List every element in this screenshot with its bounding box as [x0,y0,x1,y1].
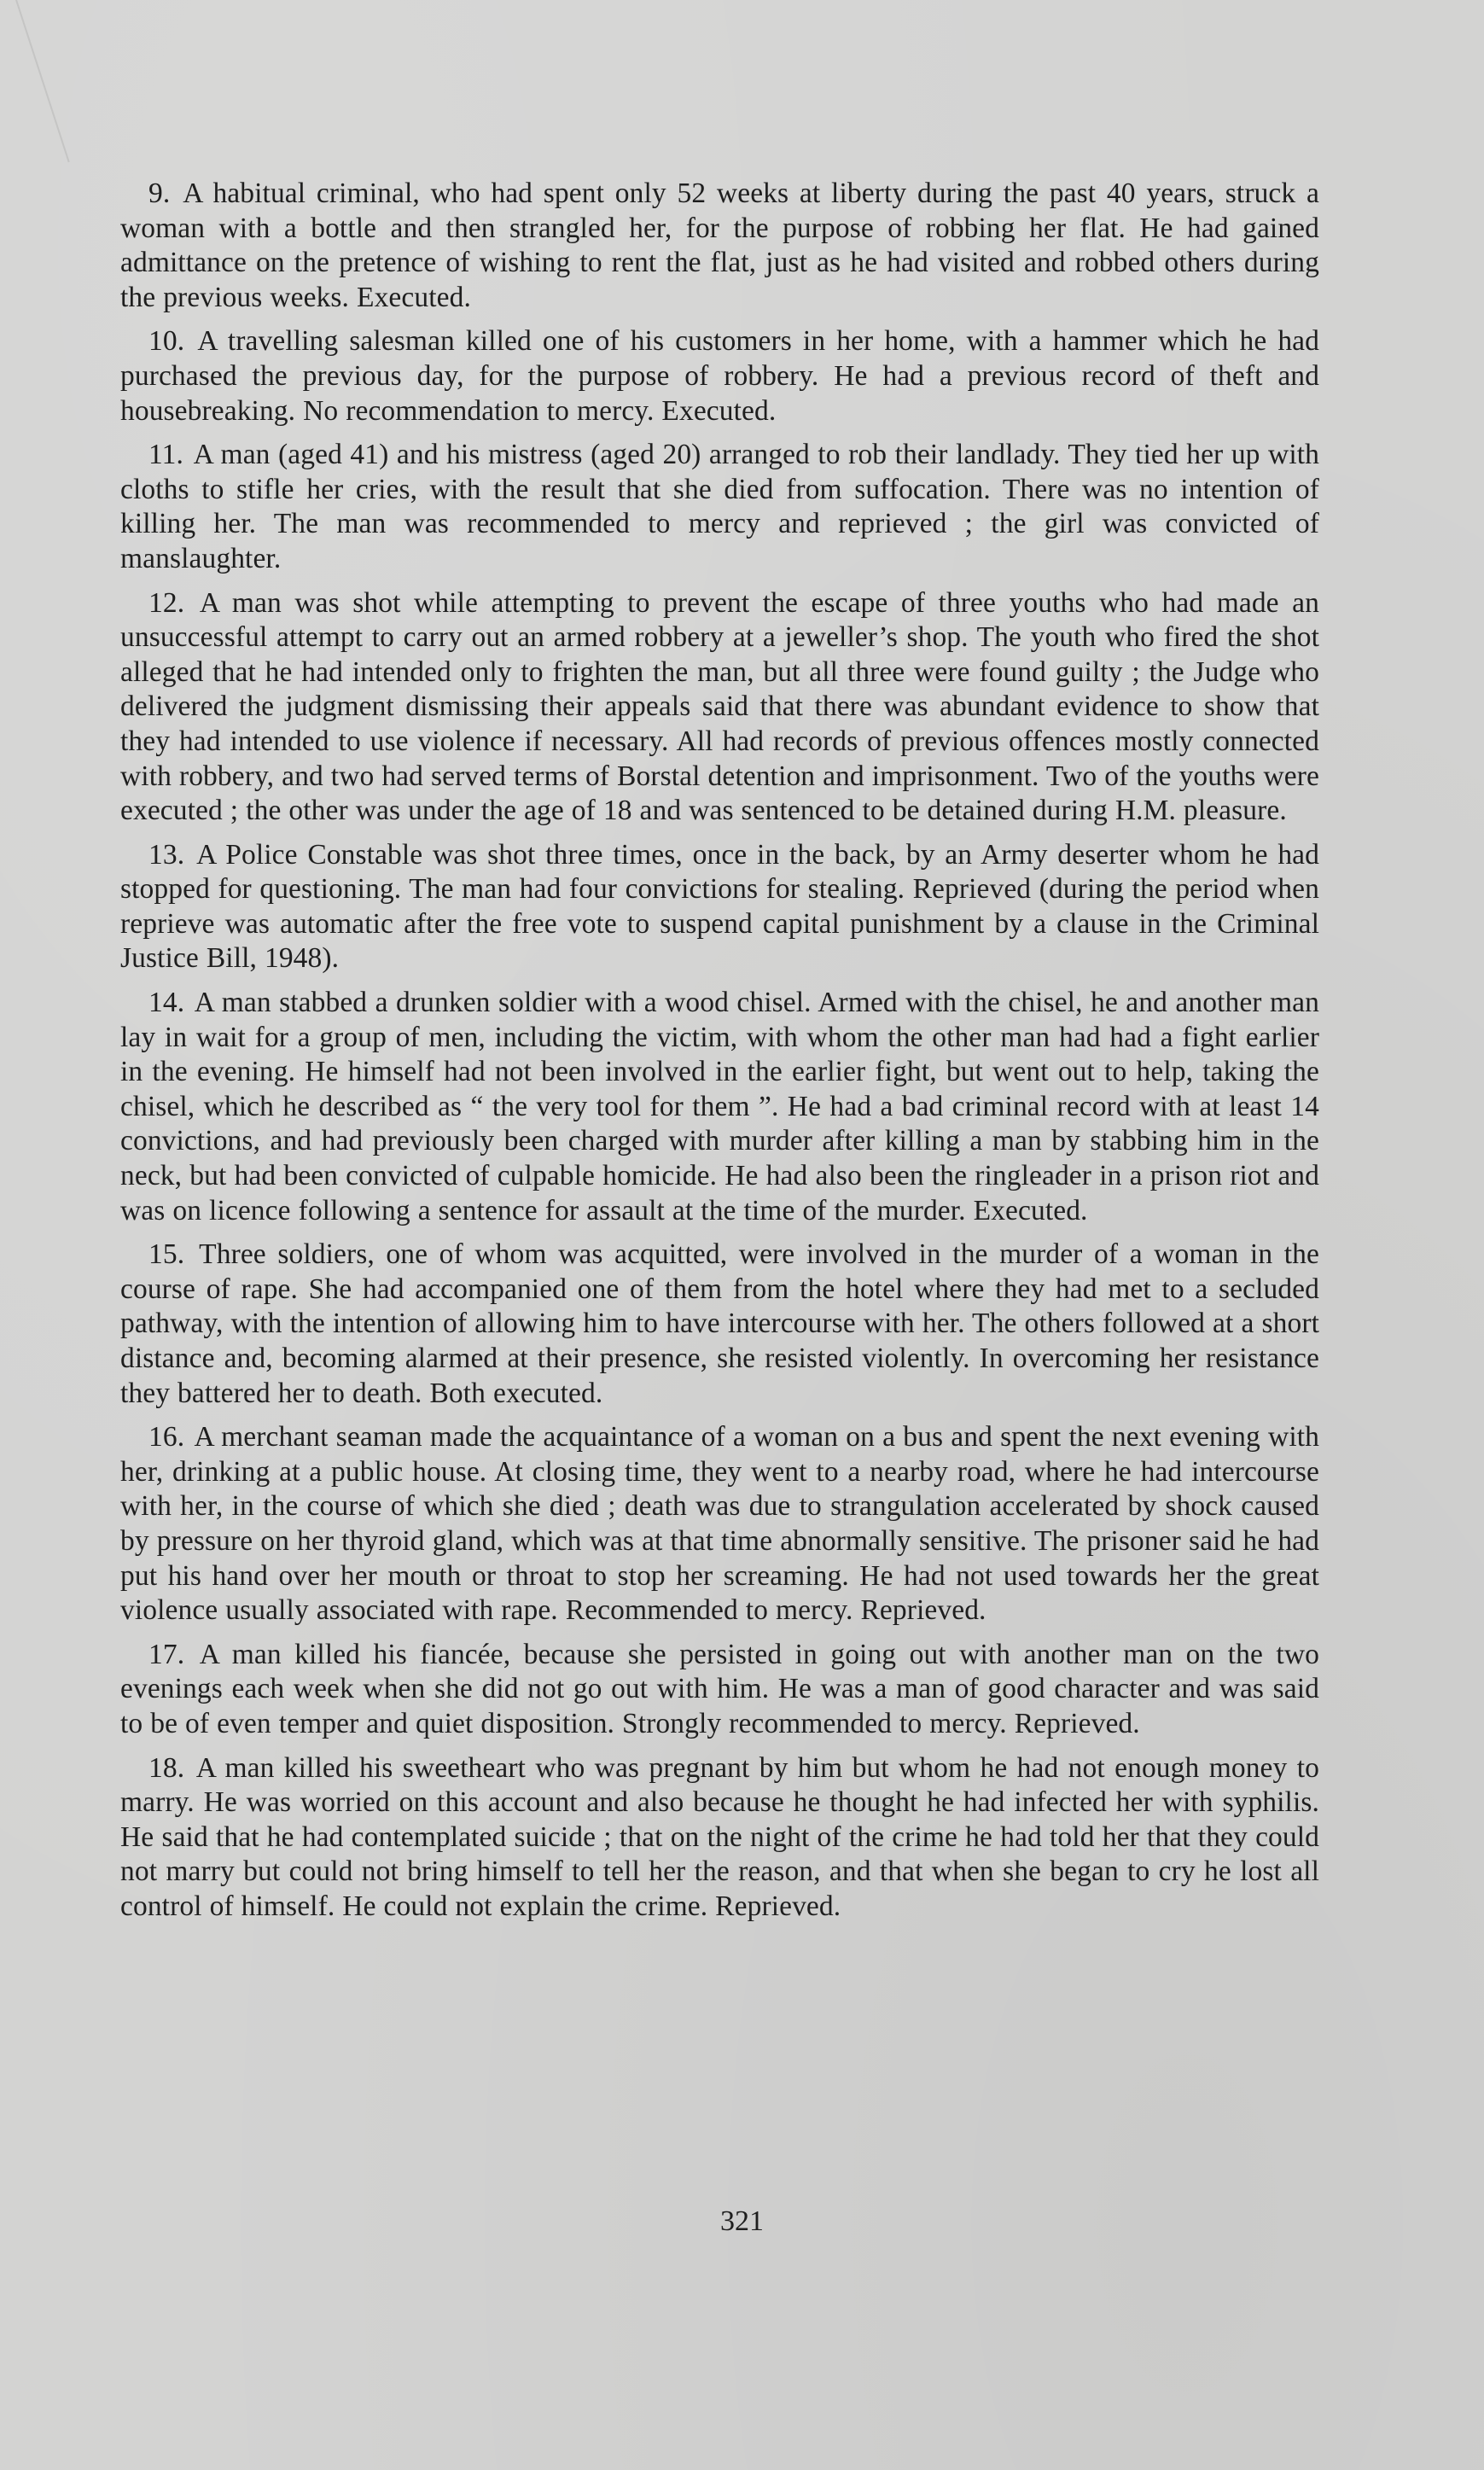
case-text: A Police Constable was shot three times,… [120,839,1319,975]
case-text: A man killed his fiancée, because she pe… [120,1639,1319,1739]
case-number: 16. [148,1421,184,1453]
case-number: 14. [148,987,184,1018]
paragraph-case-14: 14. A man stabbed a drunken soldier with… [120,986,1319,1228]
case-number: 13. [148,839,184,871]
case-text: A travelling salesman killed one of his … [120,325,1319,426]
case-number: 11. [148,439,183,470]
case-text: A man was shot while attempting to preve… [120,587,1319,827]
paragraph-case-18: 18. A man killed his sweetheart who was … [120,1751,1319,1925]
case-text: A merchant seaman made the acquaintance … [120,1421,1319,1626]
case-number: 9. [148,178,170,209]
case-number: 12. [148,587,184,619]
case-number: 18. [148,1752,184,1784]
case-number: 17. [148,1639,184,1670]
document-body: 9. A habitual criminal, who had spent on… [120,177,1319,1934]
case-text: A habitual criminal, who had spent only … [120,178,1319,313]
page-number: 321 [0,2205,1484,2239]
paragraph-case-11: 11. A man (aged 41) and his mistress (ag… [120,438,1319,576]
case-text: A man killed his sweetheart who was preg… [120,1752,1319,1922]
case-number: 15. [148,1238,184,1270]
paragraph-case-15: 15. Three soldiers, one of whom was acqu… [120,1238,1319,1411]
paper-crease-mark [15,0,70,162]
paragraph-case-12: 12. A man was shot while attempting to p… [120,586,1319,829]
case-number: 10. [148,325,184,357]
case-text: A man stabbed a drunken soldier with a w… [120,987,1319,1226]
paragraph-case-9: 9. A habitual criminal, who had spent on… [120,177,1319,315]
case-text: A man (aged 41) and his mistress (aged 2… [120,439,1319,574]
case-text: Three soldiers, one of whom was acquitte… [120,1238,1319,1408]
paragraph-case-13: 13. A Police Constable was shot three ti… [120,838,1319,976]
paragraph-case-10: 10. A travelling salesman killed one of … [120,324,1319,428]
paragraph-case-16: 16. A merchant seaman made the acquainta… [120,1420,1319,1628]
paragraph-case-17: 17. A man killed his fiancée, because sh… [120,1638,1319,1742]
